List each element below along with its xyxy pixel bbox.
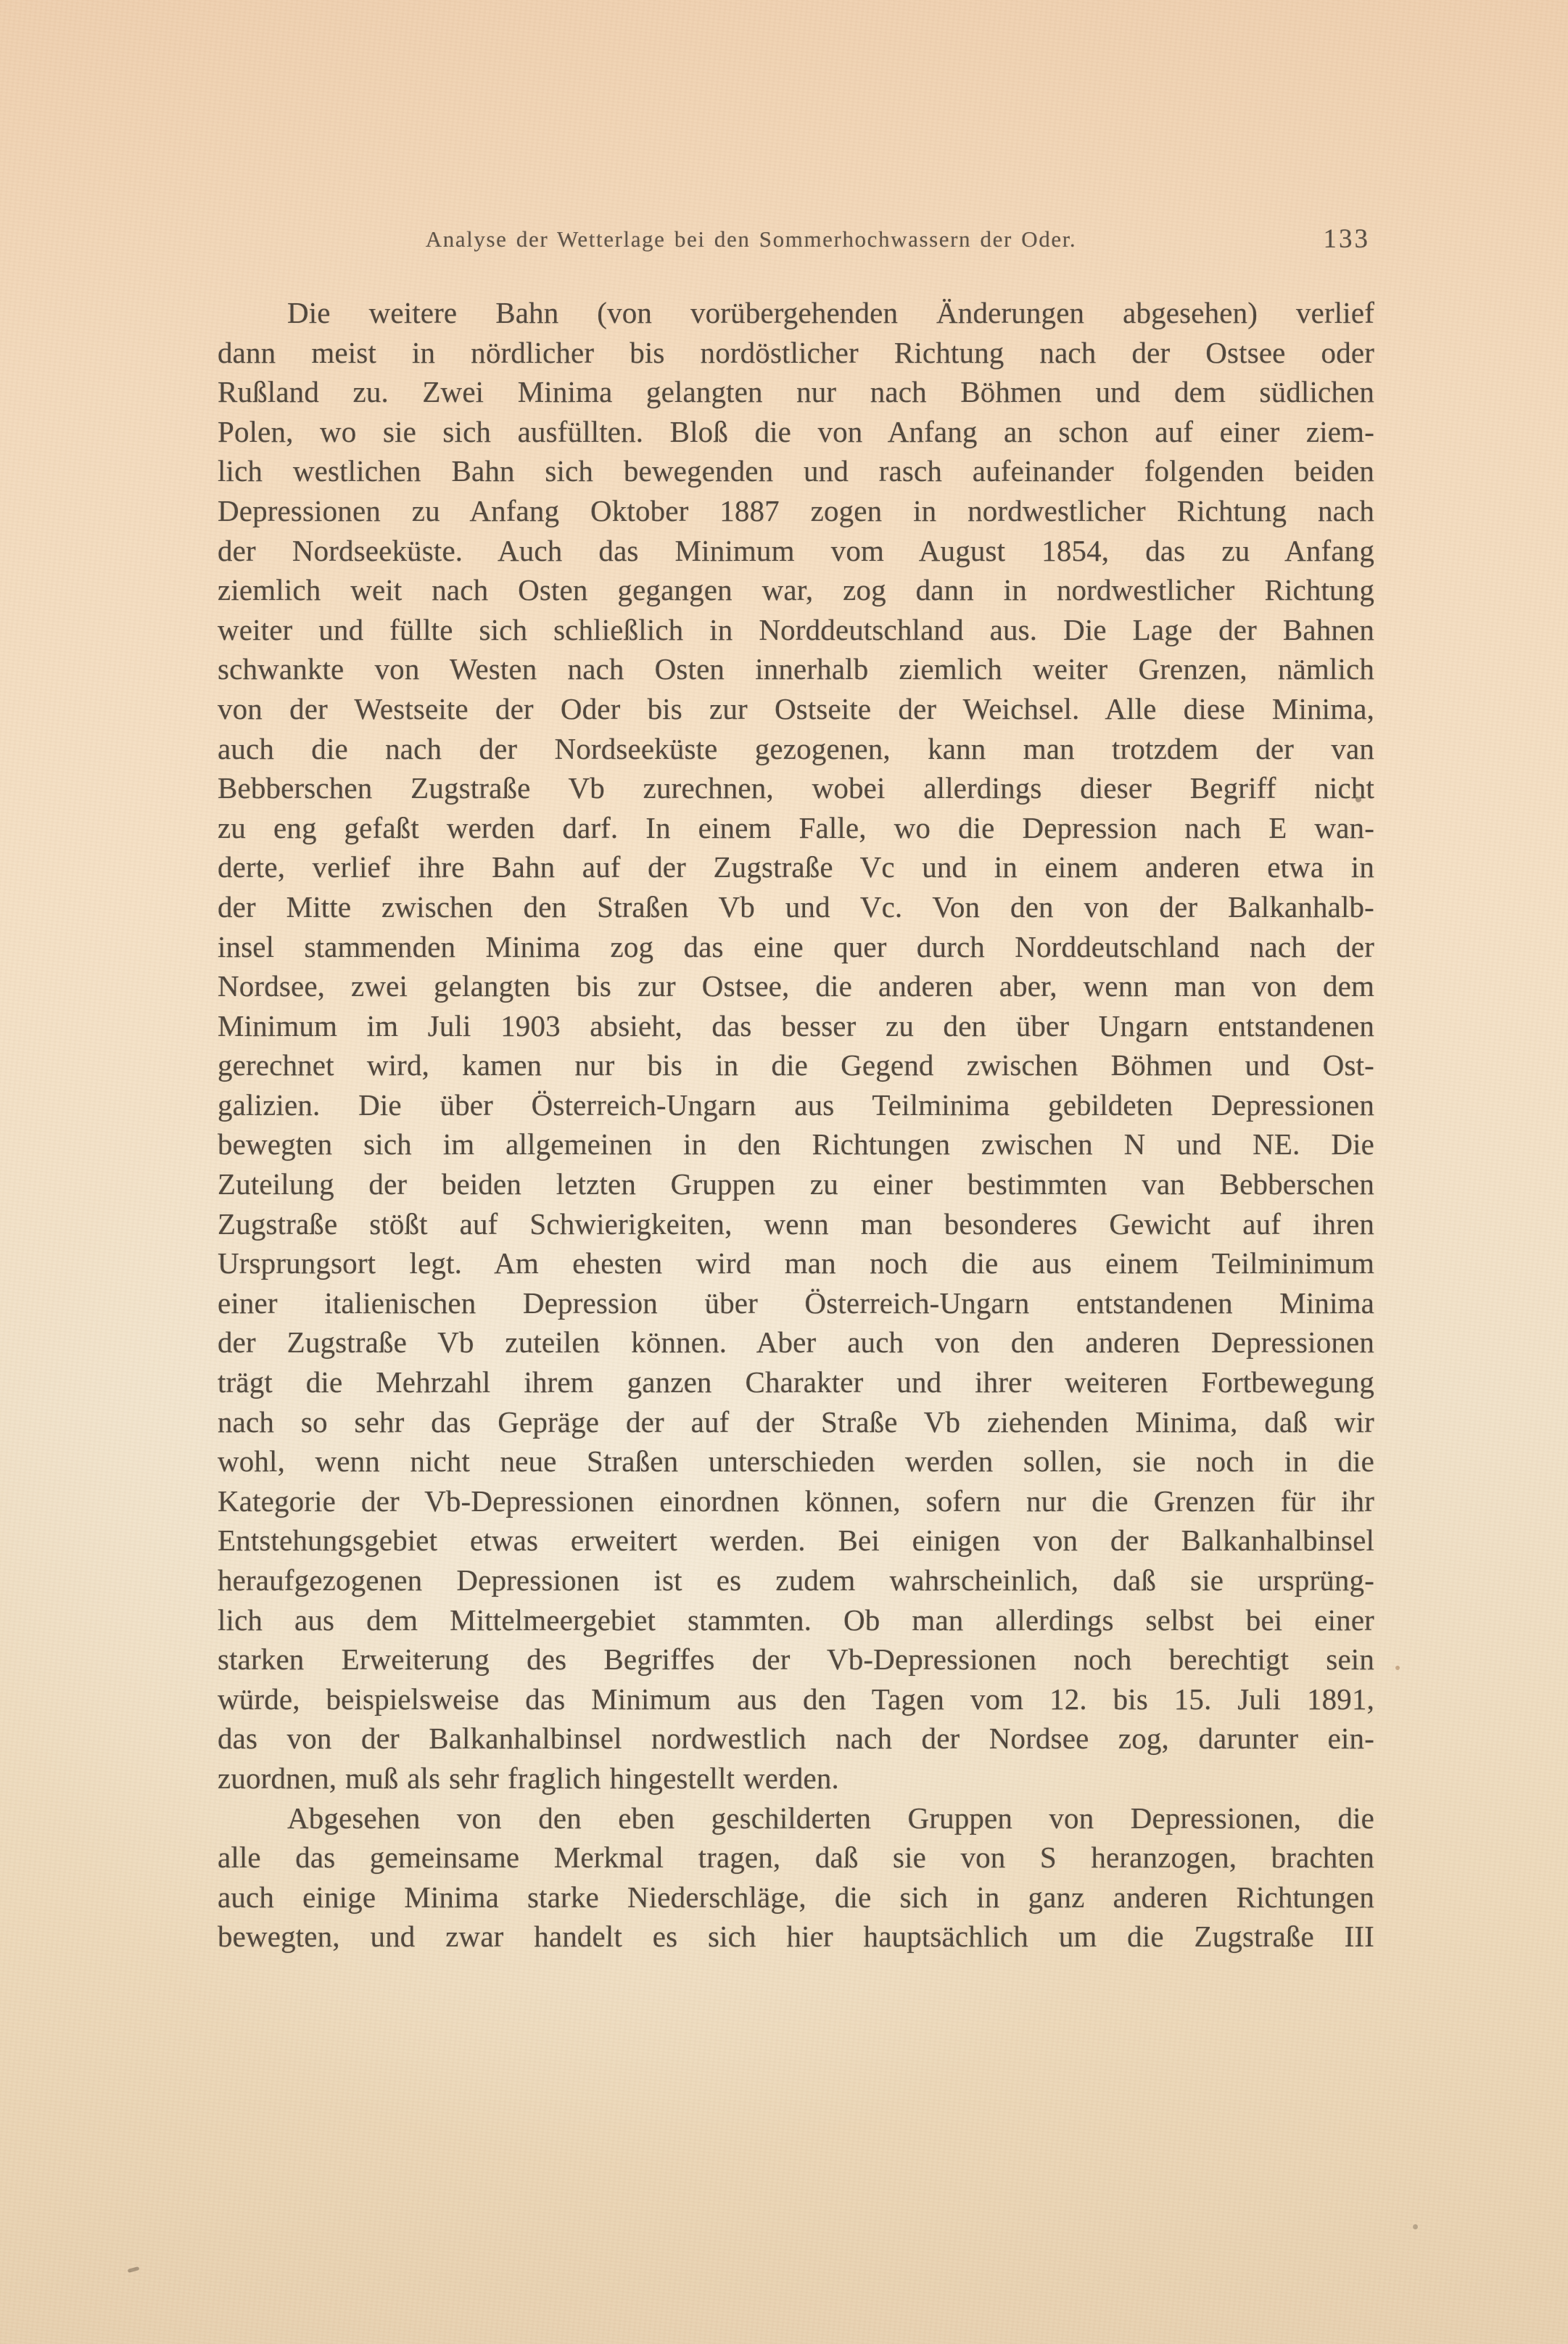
text-line: Polen, wo sie sich ausfüllten. Bloß die … bbox=[218, 412, 1374, 452]
text-line: würde, beispielsweise das Minimum aus de… bbox=[218, 1679, 1374, 1719]
text-line: gerechnet wird, kamen nur bis in die Geg… bbox=[218, 1045, 1374, 1085]
text-line: einer italienischen Depression über Öste… bbox=[218, 1283, 1374, 1323]
paragraph: Die weitere Bahn (von vorübergehenden Än… bbox=[218, 293, 1374, 1798]
text-line: lich aus dem Mittelmeergebiet stammten. … bbox=[218, 1600, 1374, 1640]
text-line: auch einige Minima starke Niederschläge,… bbox=[218, 1878, 1374, 1917]
book-page: Analyse der Wetterlage bei den Sommerhoc… bbox=[0, 0, 1568, 2344]
text-line: dann meist in nördlicher bis nordöstlich… bbox=[218, 333, 1374, 373]
text-line: Bebberschen Zugstraße Vb zurechnen, wobe… bbox=[218, 768, 1374, 808]
text-line: der Nordseeküste. Auch das Minimum vom A… bbox=[218, 531, 1374, 571]
text-line: das von der Balkanhalbinsel nordwestlich… bbox=[218, 1719, 1374, 1759]
text-line: Ursprungsort legt. Am ehesten wird man n… bbox=[218, 1243, 1374, 1283]
text-line: Abgesehen von den eben geschilderten Gru… bbox=[218, 1798, 1374, 1838]
text-line: bewegten, und zwar handelt es sich hier … bbox=[218, 1917, 1374, 1957]
text-line: der Mitte zwischen den Straßen Vb und Vc… bbox=[218, 887, 1374, 927]
page-number: 133 bbox=[1324, 223, 1371, 255]
text-line: Kategorie der Vb-Depressionen einordnen … bbox=[218, 1481, 1374, 1521]
scan-speck bbox=[1395, 1666, 1400, 1670]
scan-speck bbox=[1413, 2224, 1418, 2229]
text-line: bewegten sich im allgemeinen in den Rich… bbox=[218, 1124, 1374, 1164]
text-line: Nordsee, zwei gelangten bis zur Ostsee, … bbox=[218, 966, 1374, 1006]
text-line: Die weitere Bahn (von vorübergehenden Än… bbox=[218, 293, 1374, 333]
text-line: nach so sehr das Gepräge der auf der Str… bbox=[218, 1402, 1374, 1442]
paragraph: Abgesehen von den eben geschilderten Gru… bbox=[218, 1798, 1374, 1957]
text-line: alle das gemeinsame Merkmal tragen, daß … bbox=[218, 1838, 1374, 1878]
scan-speck bbox=[128, 2266, 140, 2273]
text-line: zu eng gefaßt werden darf. In einem Fall… bbox=[218, 808, 1374, 848]
running-title: Analyse der Wetterlage bei den Sommerhoc… bbox=[173, 226, 1329, 252]
text-line: ziemlich weit nach Osten gegangen war, z… bbox=[218, 570, 1374, 610]
text-line: zuordnen, muß als sehr fraglich hingeste… bbox=[218, 1759, 1374, 1798]
text-line: derte, verlief ihre Bahn auf der Zugstra… bbox=[218, 847, 1374, 887]
text-line: von der Westseite der Oder bis zur Ostse… bbox=[218, 689, 1374, 729]
text-line: schwankte von Westen nach Osten innerhal… bbox=[218, 649, 1374, 689]
text-line: Rußland zu. Zwei Minima gelangten nur na… bbox=[218, 372, 1374, 412]
text-line: heraufgezogenen Depressionen ist es zude… bbox=[218, 1560, 1374, 1600]
text-line: insel stammenden Minima zog das eine que… bbox=[218, 927, 1374, 967]
text-line: auch die nach der Nordseeküste gezogenen… bbox=[218, 729, 1374, 769]
text-line: lich westlichen Bahn sich bewegenden und… bbox=[218, 451, 1374, 491]
body-text: Die weitere Bahn (von vorübergehenden Än… bbox=[218, 293, 1374, 1957]
text-line: der Zugstraße Vb zuteilen können. Aber a… bbox=[218, 1323, 1374, 1362]
text-line: trägt die Mehrzahl ihrem ganzen Charakte… bbox=[218, 1362, 1374, 1402]
page-header: Analyse der Wetterlage bei den Sommerhoc… bbox=[218, 223, 1374, 258]
text-line: galizien. Die über Österreich-Ungarn aus… bbox=[218, 1085, 1374, 1125]
text-line: weiter und füllte sich schließlich in No… bbox=[218, 610, 1374, 650]
text-line: Zuteilung der beiden letzten Gruppen zu … bbox=[218, 1164, 1374, 1204]
text-line: Depressionen zu Anfang Oktober 1887 zoge… bbox=[218, 491, 1374, 531]
text-line: Entstehungsgebiet etwas erweitert werden… bbox=[218, 1521, 1374, 1560]
text-line: Minimum im Juli 1903 absieht, das besser… bbox=[218, 1006, 1374, 1046]
text-line: Zugstraße stößt auf Schwierigkeiten, wen… bbox=[218, 1204, 1374, 1244]
text-line: starken Erweiterung des Begriffes der Vb… bbox=[218, 1640, 1374, 1679]
text-line: wohl, wenn nicht neue Straßen unterschie… bbox=[218, 1442, 1374, 1481]
